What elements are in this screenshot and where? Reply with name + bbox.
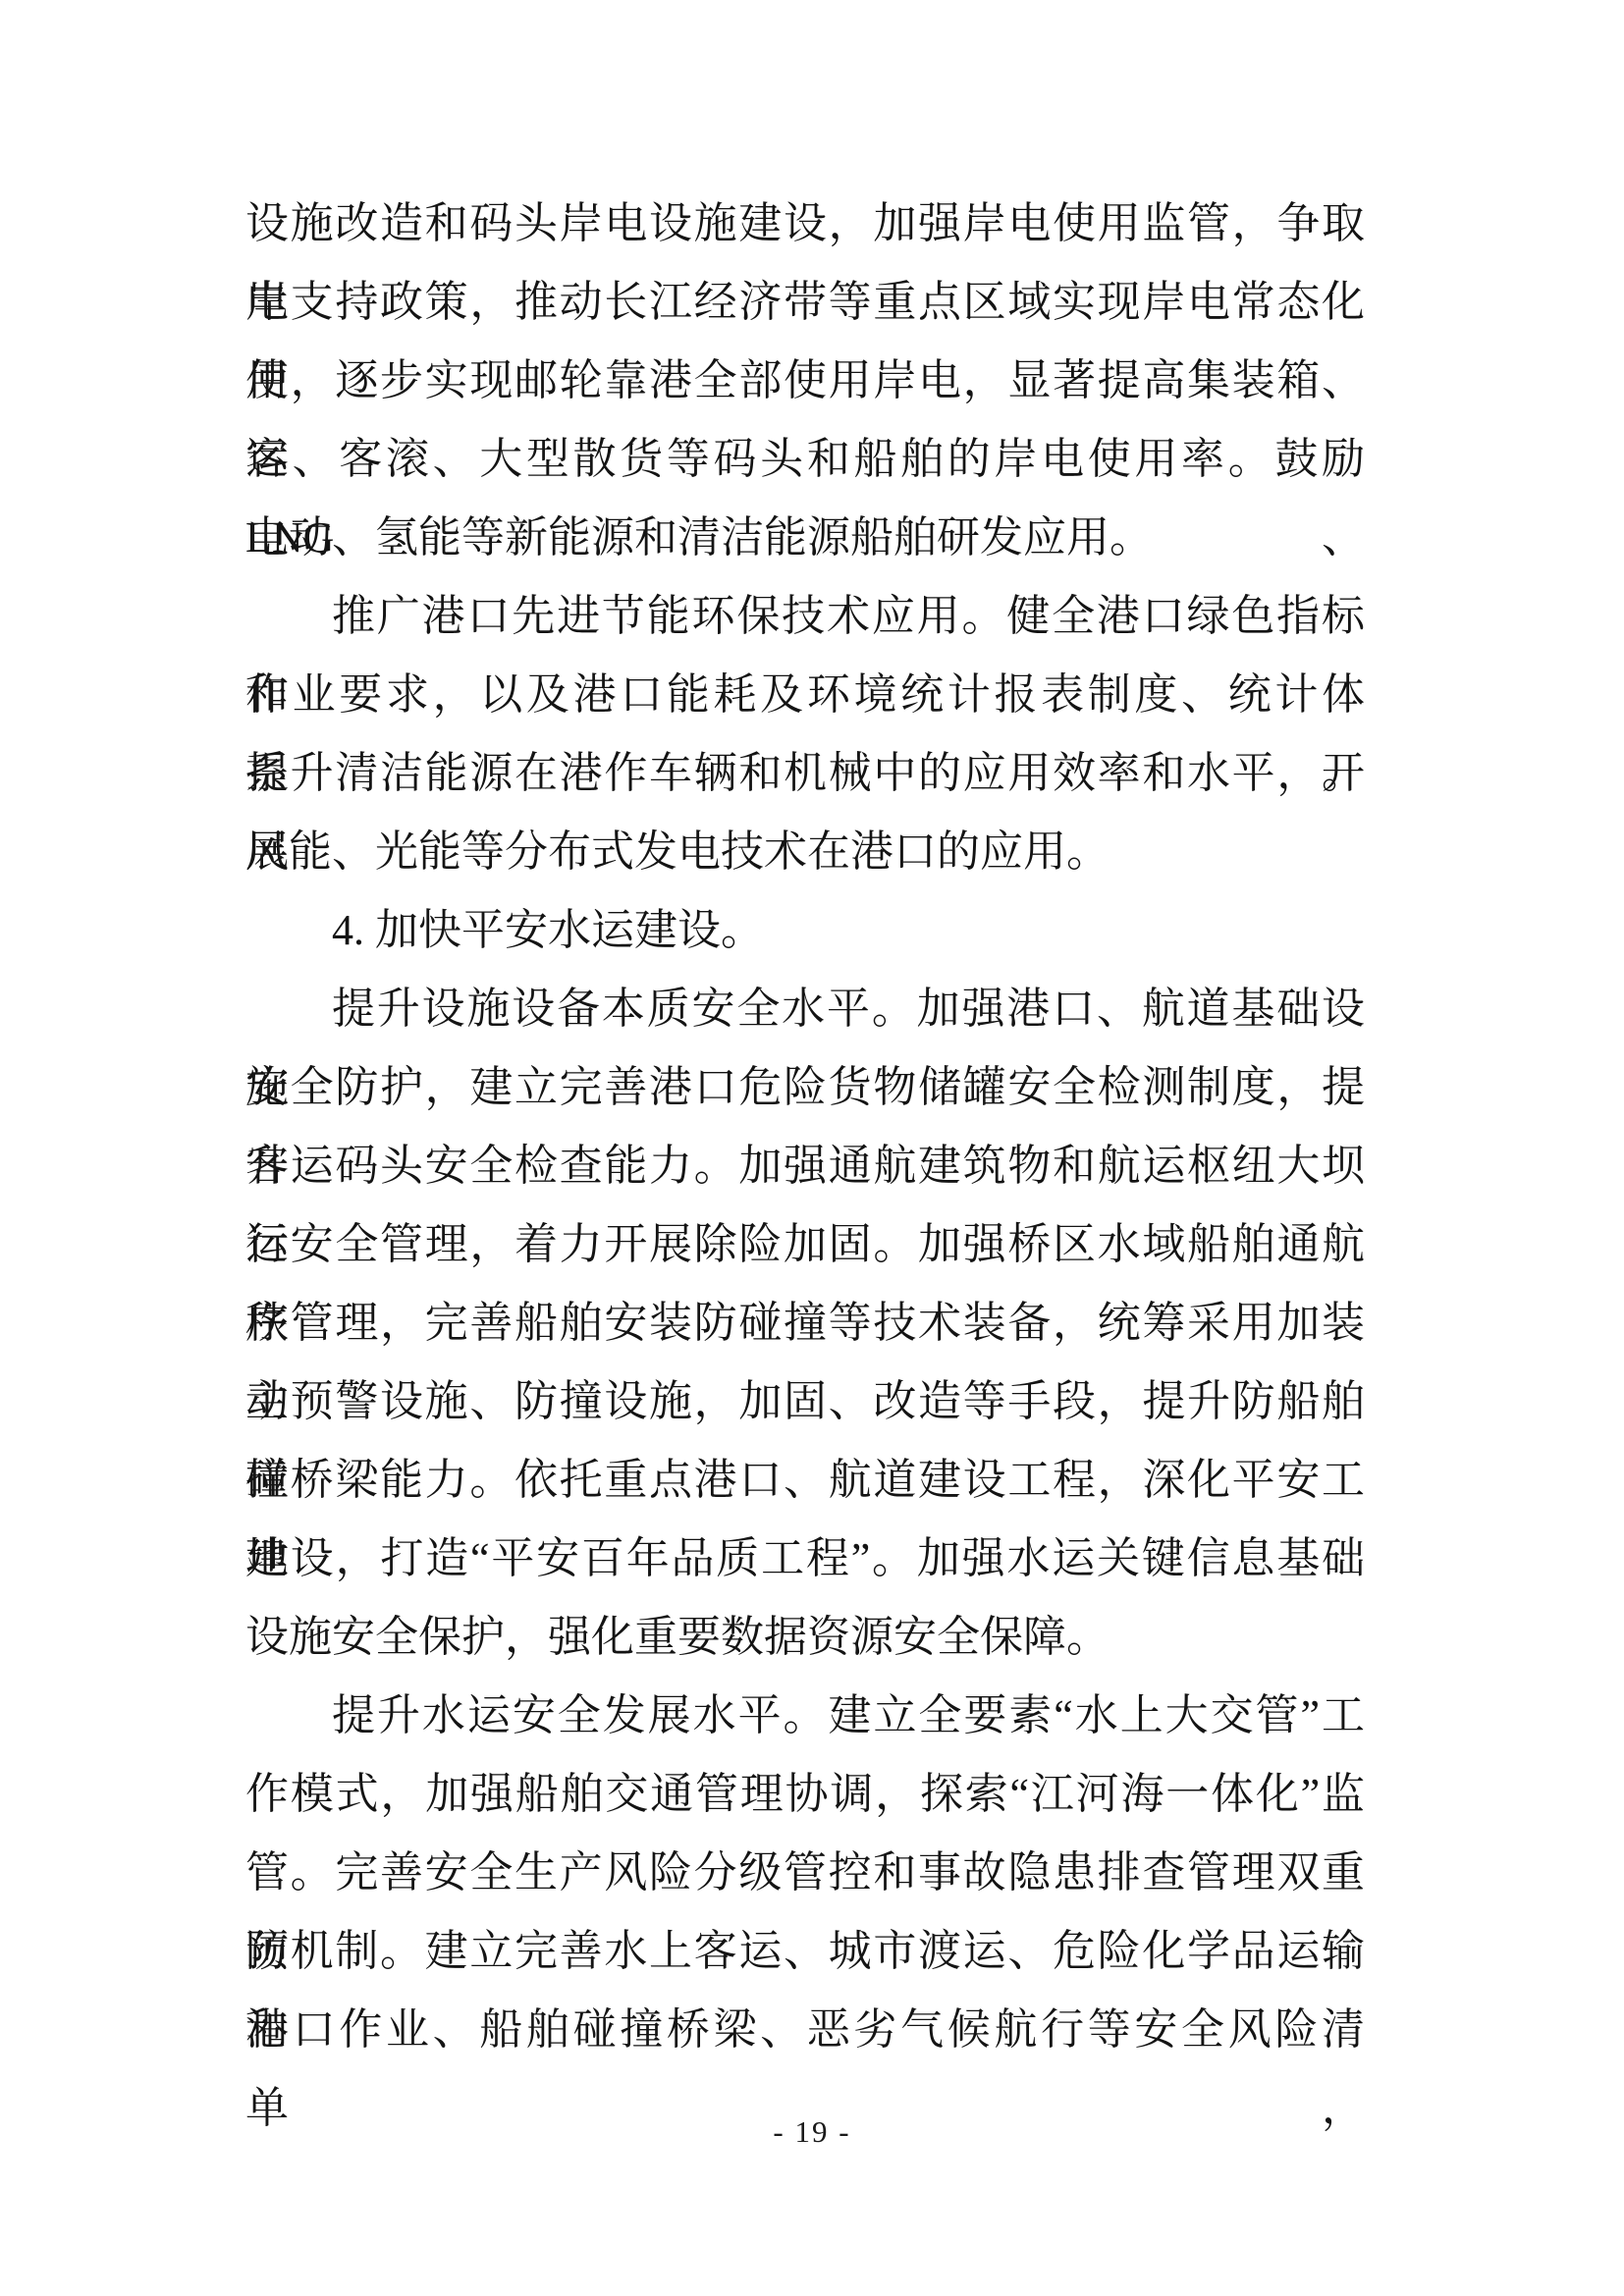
text-line: 提升设施设备本质安全水平。加强港口、航道基础设施 <box>245 970 1365 1048</box>
section-heading: 4. 加快平安水运建设。 <box>245 891 1365 970</box>
document-page: 设施改造和码头岸电设施建设，加强岸电使用监管，争取岸电支持政策，推动长江经济带等… <box>0 0 1624 2296</box>
paragraph: 设施改造和码头岸电设施建设，加强岸电使用监管，争取岸电支持政策，推动长江经济带等… <box>245 185 1365 577</box>
text-line: 风能、光能等分布式发电技术在港口的应用。 <box>245 813 1365 891</box>
text-line: 港口作业、船舶碰撞桥梁、恶劣气候航行等安全风险清单， <box>245 1991 1365 2069</box>
text-line: 电支持政策，推动长江经济带等重点区域实现岸电常态化使 <box>245 263 1365 342</box>
text-line: 建设，打造“平安百年品质工程”。加强水运关键信息基础 <box>245 1520 1365 1598</box>
text-line: 防机制。建立完善水上客运、城市渡运、危险化学品运输和 <box>245 1912 1365 1991</box>
text-line: 安全防护，建立完善港口危险货物储罐安全检测制度，提升 <box>245 1048 1365 1127</box>
text-line: 设施安全保护，强化重要数据资源安全保障。 <box>245 1598 1365 1677</box>
text-line: 提升水运安全发展水平。建立全要素“水上大交管”工 <box>245 1677 1365 1755</box>
section-heading-line: 4. 加快平安水运建设。 <box>245 891 1365 970</box>
text-line: 客运码头安全检查能力。加强通航建筑物和航运枢纽大坝运 <box>245 1127 1365 1205</box>
paragraph: 推广港口先进节能环保技术应用。健全港口绿色指标和作业要求，以及港口能耗及环境统计… <box>245 577 1365 891</box>
paragraph: 提升水运安全发展水平。建立全要素“水上大交管”工作模式，加强船舶交通管理协调，探… <box>245 1677 1365 2069</box>
paragraph: 提升设施设备本质安全水平。加强港口、航道基础设施安全防护，建立完善港口危险货物储… <box>245 970 1365 1677</box>
text-line: 推广港口先进节能环保技术应用。健全港口绿色指标和 <box>245 577 1365 656</box>
text-line: 作业要求，以及港口能耗及环境统计报表制度、统计体系。 <box>245 656 1365 734</box>
text-line: 行安全管理，着力开展除险加固。加强桥区水域船舶通航秩 <box>245 1205 1365 1284</box>
text-line: 用，逐步实现邮轮靠港全部使用岸电，显著提高集装箱、客 <box>245 342 1365 420</box>
text-line: 设施改造和码头岸电设施建设，加强岸电使用监管，争取岸 <box>245 185 1365 263</box>
document-body: 设施改造和码头岸电设施建设，加强岸电使用监管，争取岸电支持政策，推动长江经济带等… <box>245 185 1365 2069</box>
page-number: - 19 - <box>0 2112 1624 2152</box>
text-line: 序管理，完善船舶安装防碰撞等技术装备，统筹采用加装主 <box>245 1284 1365 1362</box>
text-line: 提升清洁能源在港作车辆和机械中的应用效率和水平，开展 <box>245 734 1365 813</box>
text-line: 撞桥梁能力。依托重点港口、航道建设工程，深化平安工地 <box>245 1441 1365 1520</box>
text-line: 管。完善安全生产风险分级管控和事故隐患排查管理双重预 <box>245 1834 1365 1912</box>
text-line: 动预警设施、防撞设施，加固、改造等手段，提升防船舶碰 <box>245 1362 1365 1441</box>
text-line: 运、客滚、大型散货等码头和船舶的岸电使用率。鼓励 LNG、 <box>245 420 1365 499</box>
text-line: 作模式，加强船舶交通管理协调，探索“江河海一体化”监 <box>245 1755 1365 1834</box>
